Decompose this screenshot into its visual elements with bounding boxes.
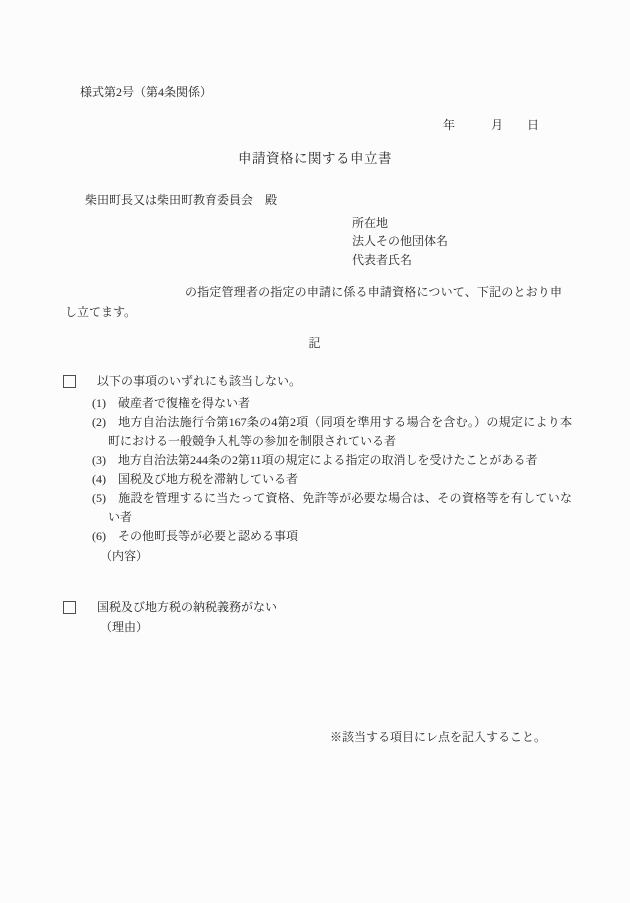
- date-line: 年 月 日: [0, 116, 630, 135]
- item-text: 破産者で復権を得ない者: [118, 396, 250, 410]
- item-text: 地方自治法第244条の2第11項の規定による指定の取消しを受けたことがある者: [118, 453, 538, 467]
- document-page: 様式第2号（第4条関係） 年 月 日 申請資格に関する申立書 柴田町長又は柴田町…: [0, 0, 630, 903]
- checkbox-icon[interactable]: [63, 601, 76, 614]
- eligibility-section: 以下の事項のいずれにも該当しない。 (1)破産者で復権を得ない者 (2)地方自治…: [63, 372, 575, 566]
- page-title: 申請資格に関する申立書: [0, 149, 630, 168]
- checkbox-icon[interactable]: [63, 375, 76, 388]
- tax-statement-row: 国税及び地方税の納税義務がない: [63, 598, 575, 618]
- addressee-line: 柴田町長又は柴田町教育委員会 殿: [85, 191, 277, 210]
- applicant-field-address: 所在地: [352, 214, 448, 232]
- item-number: (5): [92, 489, 118, 508]
- applicant-fields: 所在地 法人その他団体名 代表者氏名: [352, 214, 448, 269]
- declaration-text: の指定管理者の指定の申請に係る申請資格について、下記のとおり申し立てます。: [65, 283, 562, 322]
- item-number: (2): [92, 413, 118, 432]
- list-item: (6)その他町長等が必要と認める事項: [92, 527, 572, 546]
- item-number: (3): [92, 451, 118, 470]
- content-label: （内容）: [100, 547, 575, 566]
- item-text: 国税及び地方税を滞納している者: [118, 472, 298, 486]
- list-item: (5)施設を管理するに当たって資格、免許等が必要な場合は、その資格等を有していな…: [92, 489, 572, 527]
- eligibility-item-list: (1)破産者で復権を得ない者 (2)地方自治法施行令第167条の4第2項（同項を…: [92, 394, 572, 547]
- record-heading: 記: [0, 334, 630, 353]
- item-text: 施設を管理するに当たって資格、免許等が必要な場合は、その資格等を有していない者: [108, 491, 572, 524]
- tax-statement: 国税及び地方税の納税義務がない: [97, 598, 277, 618]
- reason-label: （理由）: [100, 618, 575, 637]
- tax-obligation-section: 国税及び地方税の納税義務がない （理由）: [63, 598, 575, 637]
- item-number: (4): [92, 470, 118, 489]
- item-text: 地方自治法施行令第167条の4第2項（同項を準用する場合を含む。）の規定により本…: [108, 415, 572, 448]
- list-item: (1)破産者で復権を得ない者: [92, 394, 572, 413]
- eligibility-statement: 以下の事項のいずれにも該当しない。: [97, 372, 301, 392]
- item-number: (1): [92, 394, 118, 413]
- eligibility-statement-row: 以下の事項のいずれにも該当しない。: [63, 372, 575, 392]
- item-text: その他町長等が必要と認める事項: [118, 529, 298, 543]
- item-number: (6): [92, 527, 118, 546]
- footer-note: ※該当する項目にレ点を記入すること。: [0, 728, 630, 747]
- applicant-field-organization: 法人その他団体名: [352, 232, 448, 250]
- list-item: (4)国税及び地方税を滞納している者: [92, 470, 572, 489]
- list-item: (3)地方自治法第244条の2第11項の規定による指定の取消しを受けたことがある…: [92, 451, 572, 470]
- form-number: 様式第2号（第4条関係）: [80, 83, 212, 102]
- list-item: (2)地方自治法施行令第167条の4第2項（同項を準用する場合を含む。）の規定に…: [92, 413, 572, 451]
- applicant-field-representative: 代表者氏名: [352, 251, 448, 269]
